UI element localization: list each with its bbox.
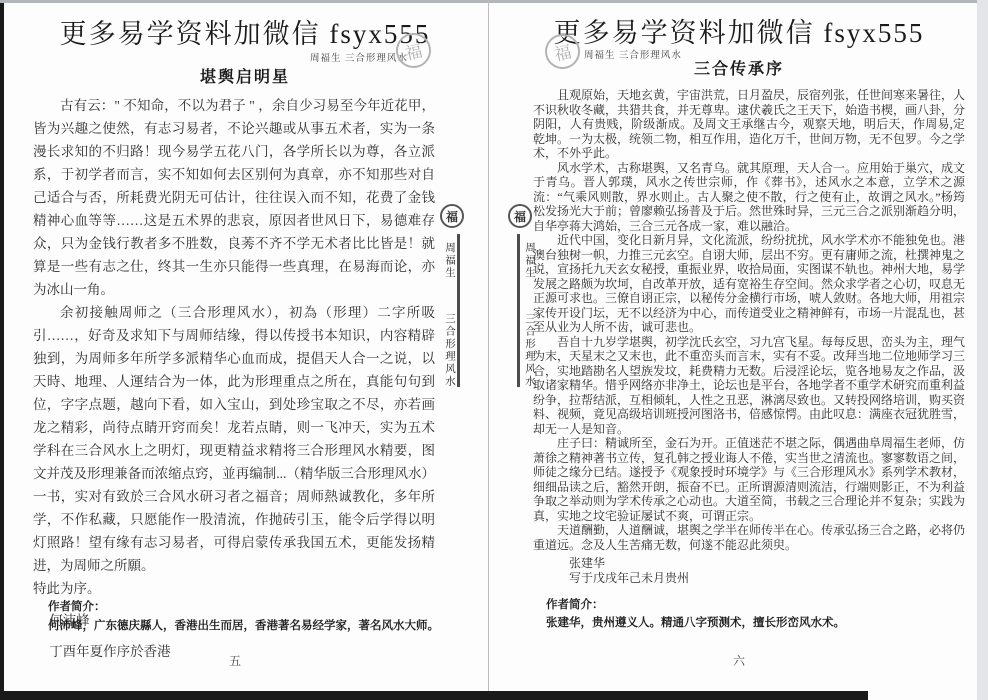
sidebar-rule (517, 234, 520, 387)
sidebar-author-name: 周福生 (524, 242, 535, 280)
paragraph: 且观原始，天地玄黄，宇宙洪荒，日月盈昃，辰宿列张，任世间寒来暑往，人不识秋收冬藏… (533, 88, 965, 161)
paragraph: 古有云：" 不知命，不以为君子 " ，余自少习易至今年近花甲，皆为兴趣之使然，有… (33, 94, 435, 301)
seal-glyph: 福 (403, 37, 425, 65)
fortune-stamp-icon: 福 (440, 204, 464, 228)
fortune-stamp-icon: 福 (508, 204, 532, 228)
right-body: 且观原始，天地玄黄，宇宙洪荒，日月盈昃，辰宿列张，任世间寒来暑往，人不识秋收冬藏… (533, 88, 965, 585)
sidebar-author-name: 周福生 (444, 242, 455, 280)
scan-left-edge (0, 0, 4, 700)
page-divider (488, 0, 489, 691)
author-label: 作者简介： (546, 596, 966, 614)
book-spread: 更多易学资料加微信 fsyx555 周福生 三合形理风水 福 堪舆启明星 古有云… (0, 0, 988, 700)
right-author-block: 作者简介： 张建华，贵州遵义人。精通八字预测术，擅长形峦风水术。 (546, 596, 966, 632)
left-byline: 周福生 三合形理风水 (310, 50, 408, 64)
paragraph: 风水学术，古称堪舆，又名青乌。就其原理，天人合一。应用始于巢穴，成文于青乌。晋人… (533, 161, 965, 234)
right-sidebar-text: 周福生 三合形理风水 (522, 242, 537, 388)
signature-date: 写于戊戌年己未月贵州 (533, 571, 965, 586)
closing-line: 特此为序。 (33, 577, 435, 600)
paragraph: 吾自十九岁学堪舆，初学沈氏玄空，习九宫飞星。每每反思，峦头为主，理气为末，天星末… (533, 335, 965, 437)
paragraph: 余初接触周师之（三合形理风水），初為（形理）二字所吸引……，好奇及求知下与周师结… (33, 301, 435, 577)
sidebar-school-name: 三合形理风水 (524, 313, 535, 388)
sidebar-school-name: 三合形理风水 (444, 313, 455, 388)
paragraph: 庄子曰：精诚所至，金石为开。正值迷茫不堪之际，偶遇曲阜周福生老师，仿萧徐之精神著… (533, 436, 965, 523)
left-sidebar-text: 周福生 三合形理风水 (442, 242, 457, 388)
left-body: 古有云：" 不知命，不以为君子 " ，余自少习易至今年近花甲，皆为兴趣之使然，有… (33, 94, 435, 663)
right-page-number: 六 (524, 652, 954, 669)
paragraph: 近代中国，变化日新月异，文化流派，纷纷扰扰，风水学术亦不能独免也。港澳台独树一帜… (533, 233, 965, 335)
sidebar-rule (457, 234, 460, 387)
stamp-glyph: 福 (514, 208, 526, 225)
scrollbar-track[interactable] (977, 0, 988, 700)
stamp-glyph: 福 (446, 208, 458, 225)
author-bio: 何沛峰，广东德庆縣人，香港出生而居，香港著名易经学家，著名风水大师。 (48, 617, 444, 636)
author-bio: 张建华，贵州遵义人。精通八字预测术，擅长形峦风水术。 (546, 614, 966, 632)
scan-bottom-edge (0, 691, 868, 700)
left-author-block: 作者简介： 何沛峰，广东德庆縣人，香港出生而居，香港著名易经学家，著名风水大师。 (48, 598, 444, 636)
left-page-title: 堪舆启明星 (30, 64, 460, 87)
right-header-title: 更多易学资料加微信 fsyx555 (524, 11, 954, 50)
left-page-number: 五 (30, 652, 440, 669)
signature-name: 张建华 (533, 556, 965, 571)
author-label: 作者简介： (48, 598, 444, 617)
right-page-title: 三合传承序 (524, 56, 954, 79)
paragraph: 天道酬勤，人道酬诚，堪舆之学半在师传半在心。传承弘扬三合之路，必将仍重道远。念及… (533, 523, 965, 552)
